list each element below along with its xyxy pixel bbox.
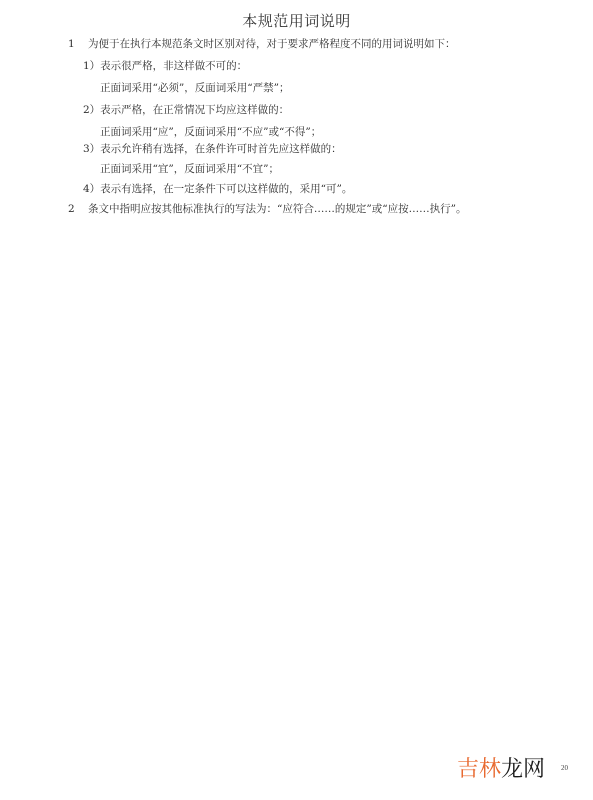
subitem-2-label: 2）表示严格，在正常情况下均应这样做的：: [83, 103, 289, 117]
subitem-2-detail: 正面词采用“应”，反面词采用“不应”或“不得”；: [100, 125, 321, 139]
item-text: 为便于在执行本规范条文时区别对待，对于要求严格程度不同的用词说明如下：: [88, 37, 456, 51]
subitem-3-label: 3）表示允许稍有选择，在条件许可时首先应这样做的：: [83, 142, 342, 156]
item-text: 条文中指明应按其他标准执行的写法为：“应符合……的规定”或“应按……执行”。: [88, 202, 466, 216]
watermark-logo: 吉林龙网: [457, 752, 545, 783]
item-number: 1: [68, 37, 75, 51]
watermark-part1: 吉林: [457, 757, 501, 782]
subitem-1-detail: 正面词采用“必须”，反面词采用“严禁”；: [100, 81, 289, 95]
subitem-1-label: 1）表示很严格，非这样做不可的：: [83, 59, 247, 73]
page-number: 20: [561, 764, 568, 772]
subitem-3-detail: 正面词采用“宜”，反面词采用“不宜”；: [100, 162, 279, 176]
subitem-4-label: 4）表示有选择，在一定条件下可以这样做的，采用“可”。: [83, 182, 352, 196]
watermark-part2: 龙网: [501, 757, 545, 782]
page-title: 本规范用词说明: [0, 10, 593, 31]
item-number: 2: [68, 202, 75, 216]
